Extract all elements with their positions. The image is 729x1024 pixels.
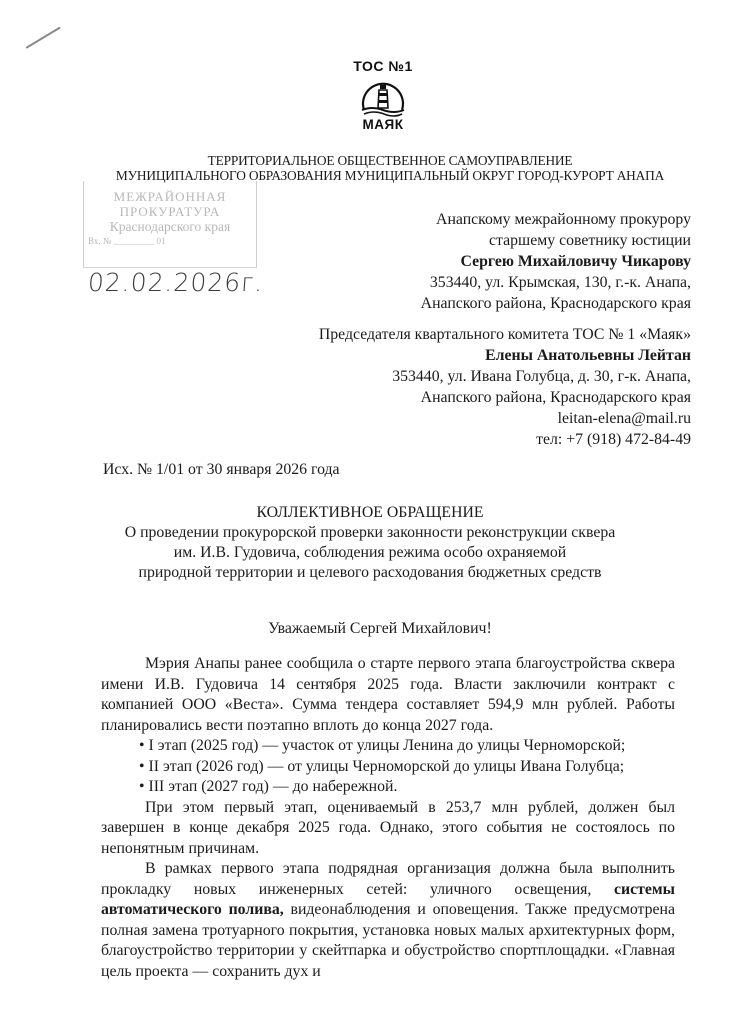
stamp-line-4: Вх. № _________ 01 xyxy=(84,234,256,249)
title-subject-2: им. И.В. Гудовича, соблюдения режима осо… xyxy=(90,543,650,563)
sender-name: Елены Анатольевны Лейтан xyxy=(319,345,691,366)
sender-email: leitan-elena@mail.ru xyxy=(319,408,691,429)
stage-item-3: • III этап (2027 год) — до набережной. xyxy=(101,777,675,798)
stamp-line-3: Краснодарского края xyxy=(84,219,256,234)
title-subject-3: природной территории и целевого расходов… xyxy=(90,563,650,583)
lighthouse-icon xyxy=(358,76,408,120)
body-paragraph-2: При этом первый этап, оцениваемый в 253,… xyxy=(101,798,675,860)
logo-top-text: ТОС №1 xyxy=(340,58,426,74)
sender-position: Председателя квартального комитета ТОС №… xyxy=(319,324,691,345)
addressee-line-2: старшему советнику юстиции xyxy=(421,230,691,251)
outgoing-number: Исх. № 1/01 от 30 января 2026 года xyxy=(103,461,340,479)
title-heading: КОЛЛЕКТИВНОЕ ОБРАЩЕНИЕ xyxy=(90,503,650,523)
tos-logo: ТОС №1 МАЯК xyxy=(340,58,426,132)
sender-address-1: 353440, ул. Ивана Голубца, д. 30, г-к. А… xyxy=(319,366,691,387)
org-line-1: ТЕРРИТОРИАЛЬНОЕ ОБЩЕСТВЕННОЕ САМОУПРАВЛЕ… xyxy=(90,153,690,168)
p3-text-1: В рамках первого этапа подрядная организ… xyxy=(101,860,675,898)
greeting: Уважаемый Сергей Михайлович! xyxy=(90,620,670,638)
registration-stamp: МЕЖРАЙОННАЯ ПРОКУРАТУРА Краснодарского к… xyxy=(83,181,257,268)
document-body: Мэрия Анапы ранее сообщила о старте перв… xyxy=(101,654,675,982)
addressee-address-2: Анапского района, Краснодарского края xyxy=(421,293,691,314)
addressee-line-1: Анапскому межрайонному прокурору xyxy=(421,209,691,230)
stage-item-2: • II этап (2026 год) — от улицы Черномор… xyxy=(101,757,675,778)
document-title: КОЛЛЕКТИВНОЕ ОБРАЩЕНИЕ О проведении прок… xyxy=(90,503,650,583)
addressee-address-1: 353440, ул. Крымская, 130, г.-к. Анапа, xyxy=(421,272,691,293)
stamp-line-2: ПРОКУРАТУРА xyxy=(84,204,256,219)
logo-bottom-text: МАЯК xyxy=(340,118,426,132)
pen-mark xyxy=(25,27,60,49)
sender-block: Председателя квартального комитета ТОС №… xyxy=(319,324,691,450)
title-subject-1: О проведении прокурорской проверки закон… xyxy=(90,523,650,543)
sender-address-2: Анапского района, Краснодарского края xyxy=(319,387,691,408)
stamp-line-1: МЕЖРАЙОННАЯ xyxy=(84,189,256,204)
handwritten-date: 02.02.2026г. xyxy=(87,268,264,297)
addressee-block: Анапскому межрайонному прокурору старшем… xyxy=(421,209,691,314)
body-paragraph-3: В рамках первого этапа подрядная организ… xyxy=(101,859,675,982)
sender-phone: тел: +7 (918) 472-84-49 xyxy=(319,429,691,450)
organization-header: ТЕРРИТОРИАЛЬНОЕ ОБЩЕСТВЕННОЕ САМОУПРАВЛЕ… xyxy=(90,153,690,183)
stage-item-1: • I этап (2025 год) — участок от улицы Л… xyxy=(101,736,675,757)
addressee-name: Сергею Михайловичу Чикарову xyxy=(421,251,691,272)
body-paragraph-1: Мэрия Анапы ранее сообщила о старте перв… xyxy=(101,654,675,736)
